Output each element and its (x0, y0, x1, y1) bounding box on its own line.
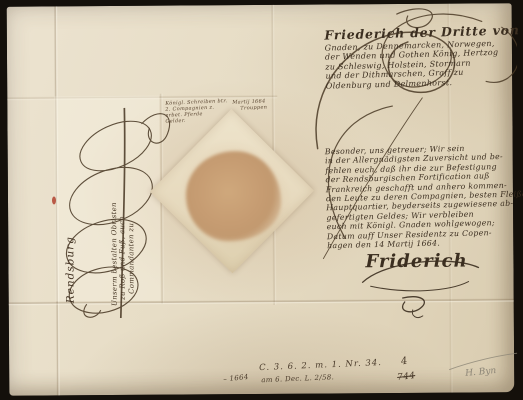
response-note: am 6. Dec. L. 2/58. (261, 373, 334, 384)
place-name: Rendsburg (64, 236, 76, 303)
parchment-sheet: Unserm bestalten Obristen zu Roß und Fuß… (7, 3, 515, 396)
shelfmark: C. 3. 6. 2. m. 1. Nr. 34. (259, 358, 382, 373)
address-text: Unserm bestalten Obristen zu Roß und Fuß… (109, 120, 166, 306)
wax-seal (186, 151, 282, 242)
red-wax-trace (52, 196, 56, 204)
flourish-stroke (371, 282, 469, 292)
letter-heading: Friederich der Dritte von Gottes Gnaden,… (324, 23, 523, 90)
flourish-stroke (362, 261, 478, 282)
pencil-initials: H. Byn (465, 366, 497, 379)
archival-photo: { "meta": { "note": "Scan of a 1664 hand… (0, 0, 523, 400)
address-place-vertical: Rendsburg (58, 173, 78, 303)
docket-line: Trouppen (240, 104, 267, 111)
count-mark: 4 (400, 356, 409, 369)
signature-flourish (356, 255, 486, 322)
count-mark-struck: 744 (397, 371, 416, 384)
docket-left-column: Königl. Schreiben btr. 2. Compagnien z. … (165, 99, 227, 123)
letter-body: Besonder, uns getreuer; Wir sein in der … (325, 142, 523, 250)
flourish-stroke (403, 297, 425, 312)
address-line: Commandanten zu (126, 120, 135, 294)
year-mark: – 1664 (223, 373, 249, 384)
